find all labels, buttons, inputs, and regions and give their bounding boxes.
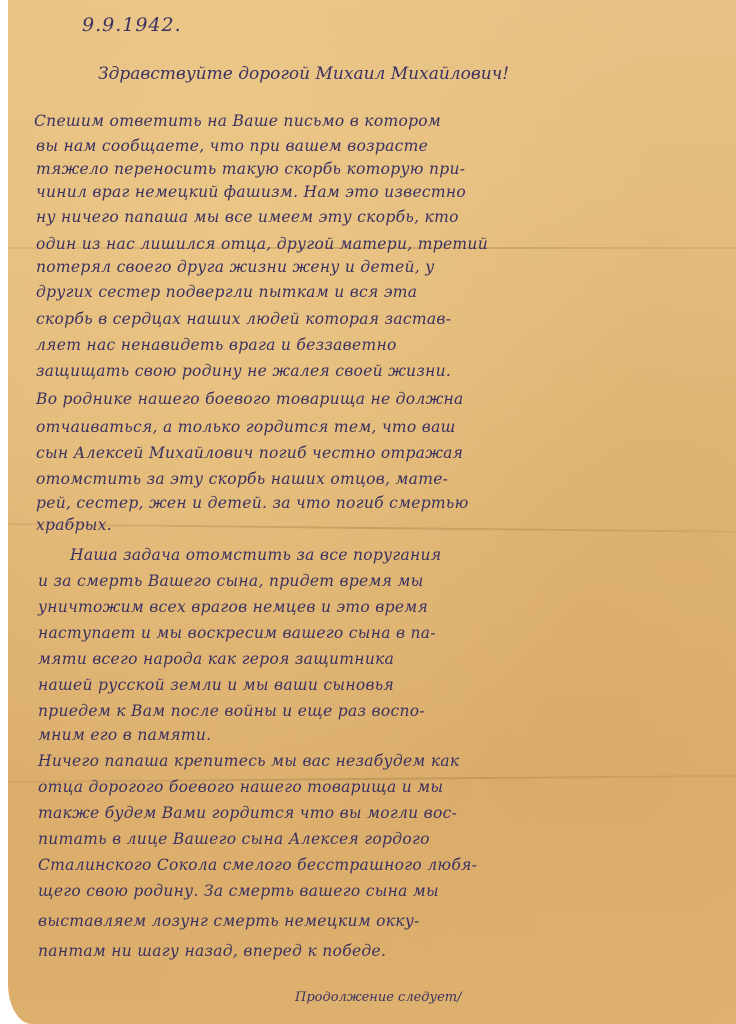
letter-line: нашей русской земли и мы ваши сыновья bbox=[38, 676, 394, 694]
letter-line: ляет нас ненавидеть врага и беззаветно bbox=[36, 336, 397, 354]
letter-line: и за смерть Вашего сына, придет время мы bbox=[38, 572, 424, 590]
letter-line: храбрых. bbox=[36, 516, 112, 534]
letter-line: Спешим ответить на Ваше письмо в котором bbox=[34, 112, 441, 130]
letter-line: тяжело переносить такую скорбь которую п… bbox=[36, 160, 465, 178]
letter-line: также будем Вами гордится что вы могли в… bbox=[38, 804, 457, 822]
letter-line: мним его в памяти. bbox=[38, 726, 211, 744]
letter-line: выставляем лозунг смерть немецким окку- bbox=[38, 912, 420, 930]
letter-line: приедем к Вам после войны и еще раз восп… bbox=[38, 702, 425, 720]
letter-line: наступает и мы воскресим вашего сына в п… bbox=[38, 624, 436, 642]
letter-body: 9.9.1942. Здравствуйте дорогой Михаил Ми… bbox=[0, 0, 736, 1024]
letter-line: чинил враг немецкий фашизм. Нам это изве… bbox=[36, 183, 466, 201]
letter-footer-continued: Продолжение следует/ bbox=[295, 990, 462, 1005]
letter-greeting: Здравствуйте дорогой Михаил Михайлович! bbox=[98, 64, 509, 84]
letter-line: рей, сестер, жен и детей. за что погиб с… bbox=[36, 494, 469, 512]
letter-line: сын Алексей Михайлович погиб честно отра… bbox=[36, 444, 463, 462]
letter-line: питать в лице Вашего сына Алексея гордог… bbox=[38, 830, 430, 848]
letter-line: отца дорогого боевого нашего товарища и … bbox=[38, 778, 443, 796]
letter-line: других сестер подвергли пыткам и вся эта bbox=[36, 283, 417, 301]
letter-line: отомстить за эту скорбь наших отцов, мат… bbox=[36, 470, 448, 488]
letter-line: вы нам сообщаете, что при вашем возрасте bbox=[36, 137, 428, 155]
letter-line: Во роднике нашего боевого товарища не до… bbox=[36, 390, 464, 408]
letter-line: пантам ни шагу назад, вперед к победе. bbox=[38, 942, 386, 960]
letter-line: уничтожим всех врагов немцев и это время bbox=[38, 598, 428, 616]
letter-line: потерял своего друга жизни жену и детей,… bbox=[36, 258, 435, 276]
letter-line: защищать свою родину не жалея своей жизн… bbox=[36, 362, 451, 380]
letter-line: один из нас лишился отца, другой матери,… bbox=[36, 235, 488, 253]
letter-line: щего свою родину. За смерть вашего сына … bbox=[38, 882, 439, 900]
letter-line: Ничего папаша крепитесь мы вас незабудем… bbox=[38, 752, 459, 770]
letter-date: 9.9.1942. bbox=[82, 14, 182, 36]
letter-line: Сталинского Сокола смелого бесстрашного … bbox=[38, 856, 477, 874]
letter-line: Наша задача отомстить за все поругания bbox=[70, 546, 441, 564]
letter-line: ну ничего папаша мы все имеем эту скорбь… bbox=[36, 208, 459, 226]
letter-line: отчаиваться, а только гордится тем, что … bbox=[36, 418, 456, 436]
letter-line: мяти всего народа как героя защитника bbox=[38, 650, 394, 668]
letter-line: скорбь в сердцах наших людей которая зас… bbox=[36, 310, 451, 328]
